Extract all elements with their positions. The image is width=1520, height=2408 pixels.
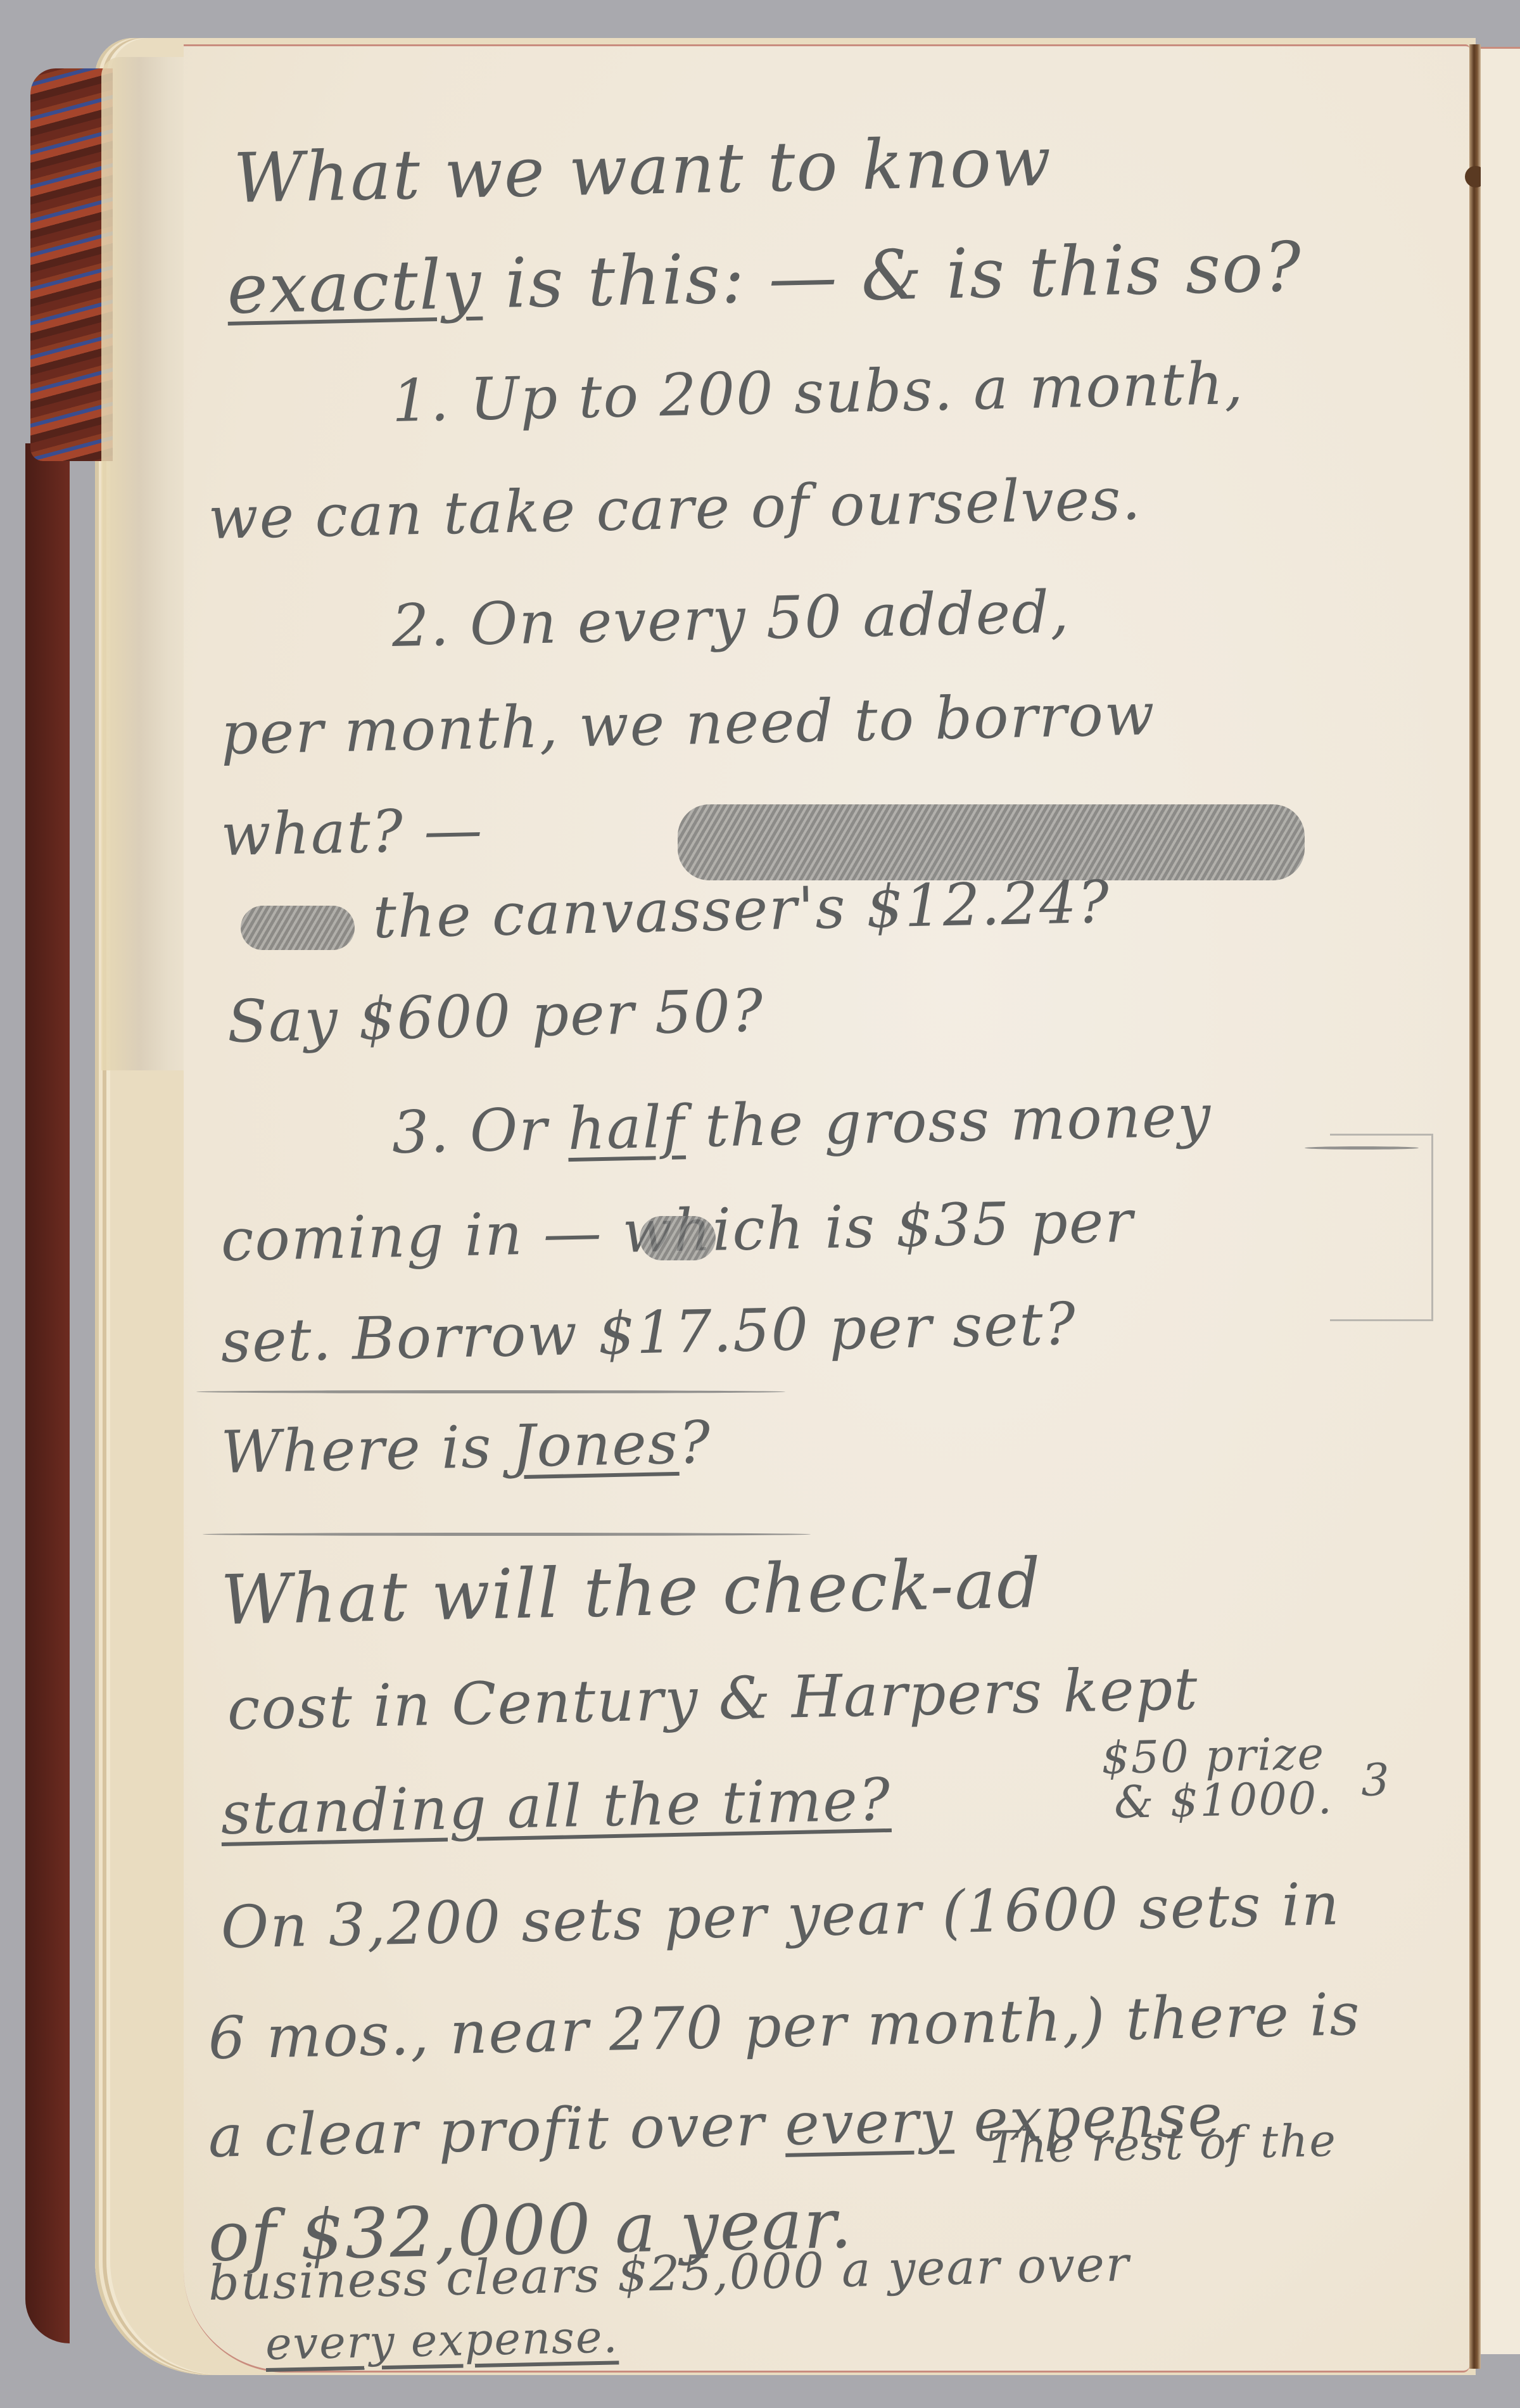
underlined-word: exactly (226, 245, 483, 329)
divider-line (196, 1390, 785, 1393)
underlined-word: every (784, 2087, 954, 2158)
line-10-rest: the gross money (685, 1082, 1212, 1160)
line-9: Say $600 per 50? (227, 977, 764, 1056)
scribbled-out-word (678, 804, 1305, 880)
line-22: every expense. (265, 2310, 619, 2370)
divider-line (1305, 1146, 1419, 1150)
line-13-start: Where is (220, 1412, 513, 1486)
torn-page-stubs (101, 57, 196, 1070)
notebook-marbled-cover (30, 68, 113, 461)
line-5: 2. On every 50 added, (391, 578, 1071, 660)
line-7: what? — (220, 795, 484, 869)
scribbled-out-word (241, 906, 355, 950)
scribbled-out-word (640, 1216, 716, 1260)
line-10-num: 3. Or (391, 1095, 569, 1167)
margin-prize-line-2: & $1000. (1113, 1772, 1333, 1828)
margin-rest-of-the: The rest of the (987, 2114, 1337, 2174)
notebook-cover-edge (25, 443, 70, 2343)
binding-gutter (1469, 44, 1481, 2369)
divider-line (203, 1533, 811, 1536)
line-19-start: a clear profit over (208, 2091, 786, 2170)
underlined-word: half (567, 1093, 686, 1163)
facing-page-edge (1481, 47, 1520, 2354)
margin-prize-suffix: 3 (1360, 1754, 1391, 1806)
line-16: standing all the time? (220, 1766, 892, 1847)
margin-sketch-box (1330, 1134, 1433, 1321)
line-13-end: ? (678, 1409, 712, 1477)
line-13: Where is Jones? (220, 1409, 712, 1486)
underlined-word: Jones (511, 1409, 679, 1480)
